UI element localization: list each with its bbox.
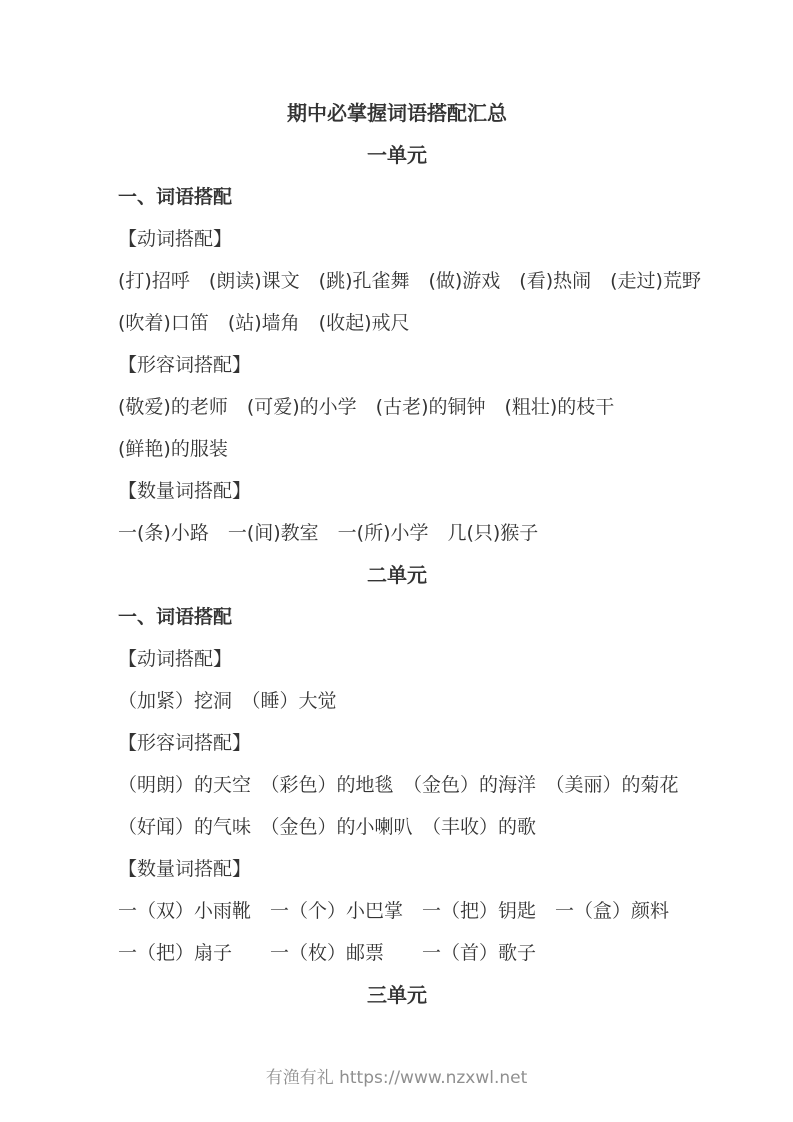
- unit-1-measure-word-label: 【数量词搭配】: [118, 470, 676, 512]
- unit-2-heading: 二单元: [118, 554, 676, 596]
- unit-1-heading: 一单元: [118, 134, 676, 176]
- unit-1-adjective-line-2: (鲜艳)的服装: [118, 428, 676, 470]
- unit-1-section: 一单元 一、词语搭配 【动词搭配】 (打)招呼 (朗读)课文 (跳)孔雀舞 (做…: [118, 134, 676, 554]
- unit-2-collocation-title: 一、词语搭配: [118, 596, 676, 638]
- unit-1-measure-word-line-1: 一(条)小路 一(间)教室 一(所)小学 几(只)猴子: [118, 512, 676, 554]
- unit-1-verb-label: 【动词搭配】: [118, 218, 676, 260]
- unit-3-heading: 三单元: [118, 974, 676, 1016]
- unit-3-section: 三单元: [118, 974, 676, 1016]
- unit-1-adjective-line-1: (敬爱)的老师 (可爱)的小学 (古老)的铜钟 (粗壮)的枝干: [118, 386, 676, 428]
- unit-1-verb-line-2: (吹着)口笛 (站)墙角 (收起)戒尺: [118, 302, 676, 344]
- unit-1-verb-line-1: (打)招呼 (朗读)课文 (跳)孔雀舞 (做)游戏 (看)热闹 (走过)荒野: [118, 260, 676, 302]
- watermark-footer: 有渔有礼 https://www.nzxwl.net: [0, 1066, 793, 1090]
- unit-1-adjective-label: 【形容词搭配】: [118, 344, 676, 386]
- unit-2-measure-word-line-1: 一（双）小雨靴 一（个）小巴掌 一（把）钥匙 一（盒）颜料: [118, 890, 676, 932]
- document-title: 期中必掌握词语搭配汇总: [118, 92, 676, 134]
- unit-2-adjective-label: 【形容词搭配】: [118, 722, 676, 764]
- unit-2-adjective-line-2: （好闻）的气味 （金色）的小喇叭 （丰收）的歌: [118, 806, 676, 848]
- unit-2-measure-word-line-2: 一（把）扇子 一（枚）邮票 一（首）歌子: [118, 932, 676, 974]
- unit-2-verb-line-1: （加紧）挖洞 （睡）大觉: [118, 680, 676, 722]
- document-page: 期中必掌握词语搭配汇总 一单元 一、词语搭配 【动词搭配】 (打)招呼 (朗读)…: [0, 0, 793, 1122]
- unit-2-section: 二单元 一、词语搭配 【动词搭配】 （加紧）挖洞 （睡）大觉 【形容词搭配】 （…: [118, 554, 676, 974]
- unit-1-collocation-title: 一、词语搭配: [118, 176, 676, 218]
- unit-2-verb-label: 【动词搭配】: [118, 638, 676, 680]
- unit-2-measure-word-label: 【数量词搭配】: [118, 848, 676, 890]
- document-content: 期中必掌握词语搭配汇总 一单元 一、词语搭配 【动词搭配】 (打)招呼 (朗读)…: [0, 0, 793, 1016]
- unit-2-adjective-line-1: （明朗）的天空 （彩色）的地毯 （金色）的海洋 （美丽）的菊花: [118, 764, 676, 806]
